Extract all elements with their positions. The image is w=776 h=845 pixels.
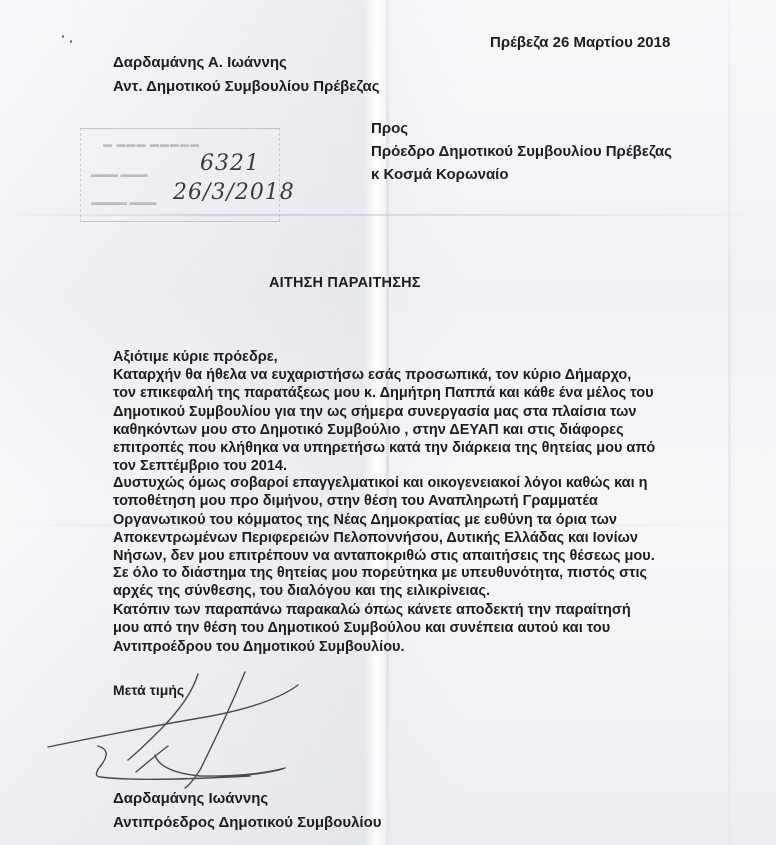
stamp-protocol-number: 6321 xyxy=(200,151,260,176)
paragraph-line: Σε όλο το διάστημα της θητείας μου πορεύ… xyxy=(113,564,647,582)
handwritten-signature xyxy=(40,660,300,790)
recipient-to-label: Προς xyxy=(371,117,672,140)
scanned-letter: Πρέβεζα 26 Μαρτίου 2018 Δαρδαμάνης Α. Ιω… xyxy=(0,0,776,845)
paragraph-line: επιτροπές που κλήθηκα να υπηρετήσω κατά … xyxy=(113,439,655,457)
recipient-block: Προς Πρόεδρο Δημοτικού Συμβουλίου Πρέβεζ… xyxy=(371,117,672,186)
paper-speck xyxy=(62,35,64,38)
signatory-name: Δαρδαμάνης Ιωάννης xyxy=(113,787,382,811)
stamp-faded-text: ▬▬▬ ▬▬▬ xyxy=(91,169,148,179)
stamp-received-date: 26/3/2018 xyxy=(173,180,295,205)
recipient-name: κ Κοσμά Κορωναίο xyxy=(371,163,672,186)
place-date: Πρέβεζα 26 Μαρτίου 2018 xyxy=(490,33,670,52)
stamp-faded-text: ▬ ▬▬▬ ▬▬▬▬▬ xyxy=(103,139,200,149)
paragraph-3: Σε όλο το διάστημα της θητείας μου πορεύ… xyxy=(113,564,647,601)
protocol-stamp: ▬ ▬▬▬ ▬▬▬▬▬ ▬▬▬ ▬▬▬ ▬▬▬▬ ▬▬▬ 6321 26/3/2… xyxy=(80,128,280,222)
paragraph-1: Καταρχήν θα ήθελα να ευχαριστήσω εσάς πρ… xyxy=(113,366,655,476)
paragraph-line: μου από την θέση του Δημοτικού Συμβούλου… xyxy=(113,619,631,637)
paragraph-line: Αντιπροέδρου του Δημοτικού Συμβουλίου. xyxy=(113,638,631,656)
closing: Μετά τιμής xyxy=(113,681,184,700)
sender-block: Δαρδαμάνης Α. Ιωάννης Αντ. Δημοτικού Συμ… xyxy=(113,51,380,99)
stamp-faded-text: ▬▬▬▬ ▬▬▬ xyxy=(91,197,157,207)
paragraph-line: τον επικεφαλή της παρατάξεως μου κ. Δημή… xyxy=(113,384,655,402)
salutation: Αξιότιμε κύριε πρόεδρε, xyxy=(113,348,278,366)
paragraph-line: Δυστυχώς όμως σοβαροί επαγγελματικοί και… xyxy=(113,474,655,492)
signatory-block: Δαρδαμάνης Ιωάννης Αντιπρόεδρος Δημοτικο… xyxy=(113,787,382,835)
paragraph-line: Νήσων, δεν μου επιτρέπουν να ανταποκριθώ… xyxy=(113,547,655,565)
paragraph-4: Κατόπιν των παραπάνω παρακαλώ όπως κάνετ… xyxy=(113,601,631,656)
paragraph-line: καθηκόντων μου στο Δημοτικό Συμβούλιο , … xyxy=(113,421,655,439)
paper-speck xyxy=(70,40,72,43)
paragraph-2: Δυστυχώς όμως σοβαροί επαγγελματικοί και… xyxy=(113,474,655,565)
sender-name: Δαρδαμάνης Α. Ιωάννης xyxy=(113,51,380,75)
sender-title: Αντ. Δημοτικού Συμβουλίου Πρέβεζας xyxy=(113,75,380,99)
paper-crease xyxy=(728,0,731,845)
paragraph-line: Δημοτικού Συμβουλίου για την ως σήμερα σ… xyxy=(113,403,655,421)
document-subject: ΑΙΤΗΣΗ ΠΑΡΑΙΤΗΣΗΣ xyxy=(269,274,421,293)
paragraph-line: τοποθέτηση μου προ διμήνου, στην θέση το… xyxy=(113,492,655,510)
paragraph-line: Οργανωτικού του κόμματος της Νέας Δημοκρ… xyxy=(113,511,655,529)
paragraph-line: Κατόπιν των παραπάνω παρακαλώ όπως κάνετ… xyxy=(113,601,631,619)
paragraph-line: Αποκεντρωμένων Περιφερειών Πελοποννήσου,… xyxy=(113,529,655,547)
paragraph-line: αρχές της σύνθεσης, του διαλόγου και της… xyxy=(113,582,647,600)
signatory-title: Αντιπρόεδρος Δημοτικού Συμβουλίου xyxy=(113,811,382,835)
paragraph-line: Καταρχήν θα ήθελα να ευχαριστήσω εσάς πρ… xyxy=(113,366,655,384)
recipient-title: Πρόεδρο Δημοτικού Συμβουλίου Πρέβεζας xyxy=(371,140,672,163)
